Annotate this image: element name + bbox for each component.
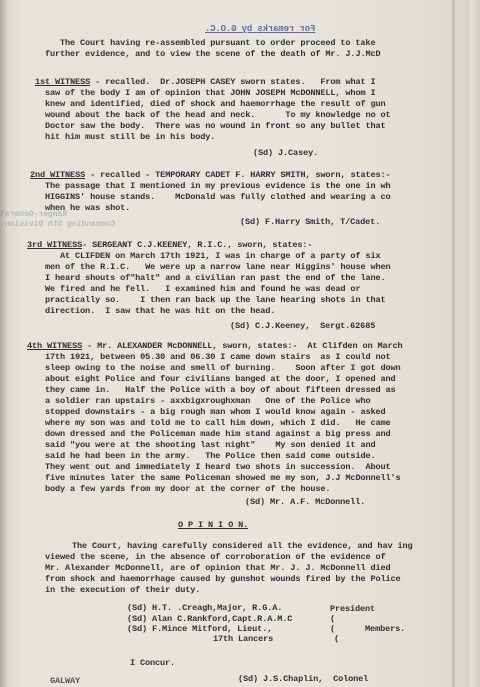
concur-statement: I Concur.	[130, 658, 175, 669]
witness3-heading: 3rd WITNESS- SERGEANT C.J.KEENEY, R.I.C.…	[27, 240, 312, 251]
witness4-line: said he had been in the army. The Police…	[45, 451, 375, 462]
witness1-line: wound about the back of the head and nec…	[45, 110, 391, 121]
witness4-line: where my son was and told me to call him…	[45, 418, 391, 429]
witness3-heading-rest: - SERGEANT C.J.KEENEY, R.I.C., sworn, st…	[82, 240, 312, 250]
mirrored-header: For remarks by G.O.C.	[205, 24, 315, 35]
witness4-line: down dressed and the Policeman made him …	[45, 429, 391, 440]
witness4-heading-rest: - Mr. ALEXANDER McDONNELL, sworn, states…	[82, 341, 402, 351]
paper-edge	[470, 0, 480, 687]
witness3-line: men of the R.I.C. We were up a narrow la…	[45, 262, 391, 273]
witness3-line: practically so. I then ran back up the l…	[45, 295, 385, 306]
signatory-role: President	[330, 604, 375, 615]
witness2-heading-rest: - recalled - TEMPORARY CADET F. HARRY SM…	[85, 170, 390, 180]
witness4-line: five minutes later the same Policeman sh…	[45, 473, 401, 484]
witness3-label: 3rd WITNESS	[27, 240, 82, 250]
witness4-line: a soldier ran upstairs - axxbigxroughxma…	[45, 396, 370, 407]
witness1-line: knew and identified, died of shock and h…	[45, 99, 385, 110]
witness4-line: they came in. Half the Police with a boy…	[45, 385, 396, 396]
witness4-line: said "you were at the shooting last nigh…	[45, 440, 375, 451]
witness2-signature: (Sd) F.Harry Smith, T/Cadet.	[240, 217, 380, 228]
final-signature: (Sd) J.S.Chaplin, Colonel	[238, 674, 368, 685]
witness4-line: They went out and immediately I heard tw…	[45, 462, 391, 473]
witness1-signature: (Sd) J.Casey.	[253, 148, 318, 159]
signatory-role: ( Members.	[330, 624, 405, 635]
witness2-line: HIGGINS' house stands. McDonald was full…	[45, 192, 391, 203]
signatory-president: (Sd) H.T. .Creagh,Major, R.G.A.	[127, 603, 282, 614]
witness4-line: sleep owing to the noise and smell of bu…	[45, 363, 401, 374]
mirrored-stamp-line: Ranger-General	[0, 210, 67, 220]
place-name: GALWAY	[50, 676, 80, 687]
witness1-line: saw of the body I am of opinion that JOH…	[45, 88, 375, 99]
witness4-heading: 4th WITNESS - Mr. ALEXANDER McDONNELL, s…	[27, 341, 403, 352]
witness4-label: 4th WITNESS	[27, 341, 82, 351]
opinion-line: viewed the scene, in the absence of corr…	[45, 552, 385, 563]
witness2-heading: 2nd WITNESS - recalled - TEMPORARY CADET…	[30, 170, 391, 181]
witness1-heading-rest: - recalled. Dr.JOSEPH CASEY sworn states…	[90, 77, 375, 87]
witness2-label: 2nd WITNESS	[30, 170, 85, 180]
witness1-line: Doctor saw the body. There was no wound …	[45, 121, 385, 132]
witness3-line: At CLIFDEN on March 17th 1921, I was in …	[60, 251, 380, 262]
witness4-line: body a few yards from my door at the cor…	[45, 484, 330, 495]
opinion-line: The Court, having carefully considered a…	[72, 541, 412, 552]
witness2-line: The passage that I mentioned in my previ…	[45, 181, 391, 192]
witness1-heading: 1st WITNESS - recalled. Dr.JOSEPH CASEY …	[35, 77, 375, 88]
witness4-line: 17th 1921, between 05.30 and 06.30 I cam…	[45, 352, 391, 363]
mirrored-stamp-line: Commanding 5th Division.	[0, 220, 115, 230]
page-shadow	[0, 0, 8, 687]
witness3-line: We fired and he fell. I examined him and…	[45, 284, 360, 295]
document-page: For remarks by G.O.C. The Court having r…	[0, 0, 480, 687]
paper-fold	[452, 0, 455, 687]
witness3-signature: (Sd) C.J.Keeney, Sergt.62685	[230, 321, 375, 332]
opinion-line: Mr. Alexander McDonnell, are of opinion …	[45, 563, 391, 574]
witness4-line: stopped downstairs - a big rough man who…	[45, 407, 385, 418]
intro-line-2: further evidence, and to view the scene …	[45, 49, 380, 60]
intro-line-1: The Court having re-assembled pursuant t…	[60, 38, 375, 49]
signatory-regiment: 17th Lancers	[213, 634, 273, 645]
witness3-line: direction. I saw that he was hit on the …	[45, 306, 275, 317]
opinion-line: in the execution of their duty.	[45, 585, 200, 596]
witness1-label: 1st WITNESS	[35, 77, 90, 87]
opinion-title: O P I N I O N.	[178, 520, 248, 531]
witness4-signature: (Sd) Mr. A.F. McDonnell.	[245, 497, 365, 508]
opinion-line: from shock and haemorrhage caused by gun…	[45, 574, 401, 585]
witness1-line: hit him must still be in his body.	[45, 132, 215, 143]
witness3-line: I heard shouts of"halt" and a civilian r…	[45, 273, 385, 284]
witness4-line: about eight Police and four civilians ba…	[45, 374, 396, 385]
signatory-role: (	[334, 634, 339, 645]
